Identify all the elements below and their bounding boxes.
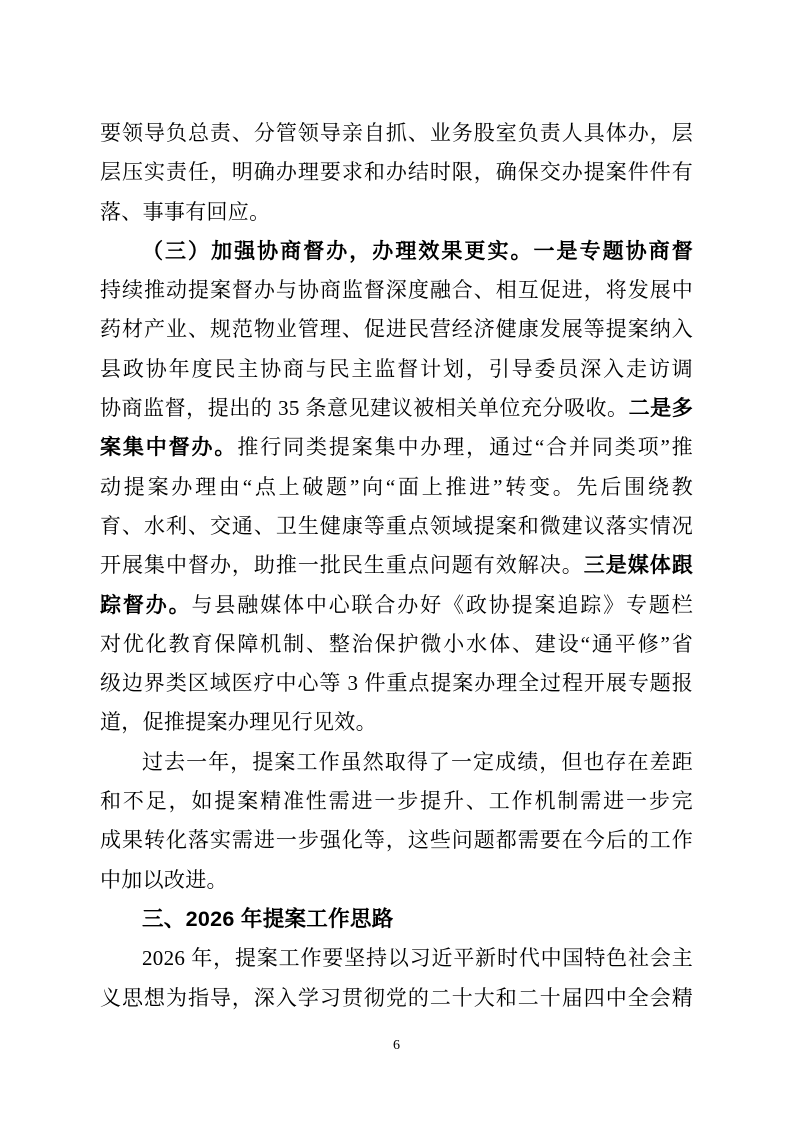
text-line: 2026 年，提案工作要坚持以习近平新时代中国特色社会主 xyxy=(100,939,693,978)
text-line: 要领导负总责、分管领导亲自抓、业务股室负责人具体办，层 xyxy=(100,114,693,153)
text-line: 踪督办。与县融媒体中心联合办好《政协提案追踪》专题栏目， xyxy=(100,586,693,625)
text-line: 药材产业、规范物业管理、促进民营经济健康发展等提案纳入 xyxy=(100,310,693,349)
text-segment: 2026 年，提案工作要坚持以习近平新时代中国特色社会主 xyxy=(142,946,693,970)
text-line: 级边界类区域医疗中心等 3 件重点提案办理全过程开展专题报 xyxy=(100,664,693,703)
text-segment: 成果转化落实需进一步强化等，这些问题都需要在今后的工作 xyxy=(100,828,693,852)
text-line: 育、水利、交通、卫生健康等重点领域提案和微建议落实情况 xyxy=(100,507,693,546)
document-body: 要领导负总责、分管领导亲自抓、业务股室负责人具体办，层层压实责任，明确办理要求和… xyxy=(100,114,693,1018)
text-segment: 动提案办理由“点上破题”向“面上推进”转变。先后围绕教 xyxy=(100,475,693,499)
text-segment: 和不足，如提案精准性需进一步提升、工作机制需进一步完善、 xyxy=(100,789,693,821)
text-segment: 落、事事有回应。 xyxy=(100,200,270,224)
text-segment: 义思想为指导，深入学习贯彻党的二十大和二十届四中全会精 xyxy=(100,986,693,1010)
text-segment: 育、水利、交通、卫生健康等重点领域提案和微建议落实情况 xyxy=(100,514,693,538)
text-line: （三）加强协商督办，办理效果更实。一是专题协商督办。 xyxy=(100,232,693,271)
text-segment: 三是媒体跟 xyxy=(584,553,693,577)
text-line: 落、事事有回应。 xyxy=(100,193,693,232)
text-segment: 级边界类区域医疗中心等 3 件重点提案办理全过程开展专题报 xyxy=(100,671,693,695)
text-line: 成果转化落实需进一步强化等，这些问题都需要在今后的工作 xyxy=(100,821,693,860)
text-segment: 案集中督办。 xyxy=(100,435,237,459)
text-segment: （三）加强协商督办，办理效果更实。一是专题协商督办。 xyxy=(142,239,693,271)
text-line: 持续推动提案督办与协商监督深度融合、相互促进，将发展中 xyxy=(100,271,693,310)
text-segment: 要领导负总责、分管领导亲自抓、业务股室负责人具体办，层 xyxy=(100,121,693,145)
text-line: 县政协年度民主协商与民主监督计划，引导委员深入走访调研、 xyxy=(100,350,693,389)
text-segment: 开展集中督办，助推一批民生重点问题有效解决。 xyxy=(100,553,584,577)
text-line: 和不足，如提案精准性需进一步提升、工作机制需进一步完善、 xyxy=(100,782,693,821)
text-segment: 过去一年，提案工作虽然取得了一定成绩，但也存在差距 xyxy=(142,750,693,774)
text-line: 过去一年，提案工作虽然取得了一定成绩，但也存在差距 xyxy=(100,743,693,782)
text-segment: 层压实责任，明确办理要求和办结时限，确保交办提案件件有着 xyxy=(100,160,693,192)
text-segment: 持续推动提案督办与协商监督深度融合、相互促进，将发展中 xyxy=(100,278,693,302)
text-line: 道，促推提案办理见行见效。 xyxy=(100,703,693,742)
text-segment: 踪督办。 xyxy=(100,593,191,617)
section-heading: 三、2026 年提案工作思路 xyxy=(100,900,693,939)
document-page: 要领导负总责、分管领导亲自抓、业务股室负责人具体办，层层压实责任，明确办理要求和… xyxy=(0,0,793,1122)
text-segment: 药材产业、规范物业管理、促进民营经济健康发展等提案纳入 xyxy=(100,317,693,341)
text-line: 协商监督，提出的 35 条意见建议被相关单位充分吸收。二是多 xyxy=(100,389,693,428)
text-segment: 推行同类提案集中办理，通过“合并同类项”推 xyxy=(237,435,693,459)
text-line: 义思想为指导，深入学习贯彻党的二十大和二十届四中全会精 xyxy=(100,979,693,1018)
text-line: 对优化教育保障机制、整治保护微小水体、建设“通平修”省 xyxy=(100,625,693,664)
text-segment: 对优化教育保障机制、整治保护微小水体、建设“通平修”省 xyxy=(100,632,693,656)
text-segment: 二是多 xyxy=(629,396,693,420)
text-segment: 县政协年度民主协商与民主监督计划，引导委员深入走访调研、 xyxy=(100,357,693,389)
text-line: 开展集中督办，助推一批民生重点问题有效解决。三是媒体跟 xyxy=(100,546,693,585)
text-line: 案集中督办。推行同类提案集中办理，通过“合并同类项”推 xyxy=(100,428,693,467)
text-segment: 中加以改进。 xyxy=(100,868,228,892)
text-segment: 协商监督，提出的 35 条意见建议被相关单位充分吸收。 xyxy=(100,396,629,420)
text-line: 层压实责任，明确办理要求和办结时限，确保交办提案件件有着 xyxy=(100,153,693,192)
text-segment: 三、2026 年提案工作思路 xyxy=(142,907,394,931)
page-number: 6 xyxy=(0,1036,793,1056)
text-line: 动提案办理由“点上破题”向“面上推进”转变。先后围绕教 xyxy=(100,468,693,507)
text-line: 中加以改进。 xyxy=(100,861,693,900)
text-segment: 道，促推提案办理见行见效。 xyxy=(100,710,377,734)
